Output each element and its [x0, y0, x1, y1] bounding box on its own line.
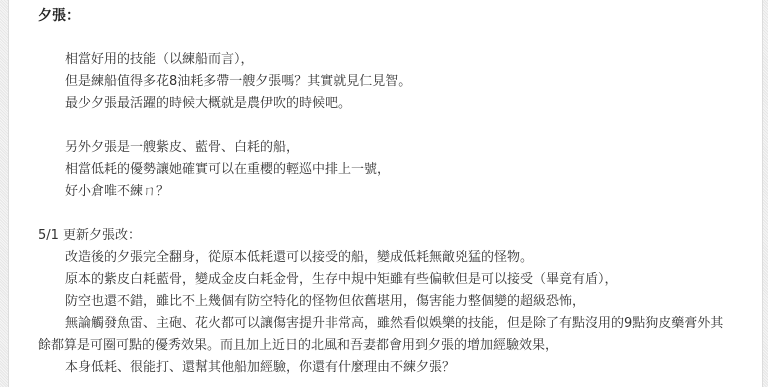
paragraph-line: 本身低耗、很能打、還幫其他船加經驗，你還有什麼理由不練夕張？	[38, 357, 756, 379]
paragraph-line: 好小倉唯不練ㄇ？	[38, 181, 756, 203]
paragraph-line: 相當低耗的優勢讓她確實可以在重櫻的輕巡中排上一號，	[38, 159, 756, 181]
paragraph-line: 但是練船值得多花8油耗多帶一艘夕張嗎？其實就見仁見智。	[38, 71, 756, 93]
left-border	[0, 0, 9, 387]
paragraph-line: 最少夕張最活躍的時候大概就是農伊吹的時候吧。	[38, 93, 756, 115]
paragraph-line: 防空也還不錯，雖比不上幾個有防空特化的怪物但依舊堪用，傷害能力整個變的超級恐怖，	[38, 291, 756, 313]
paragraph-line: 原本的紫皮白耗藍骨，變成金皮白耗金骨，生存中規中矩雖有些偏軟但是可以接受（畢竟有…	[38, 269, 756, 291]
post-content: 夕張： 相當好用的技能（以練船而言）， 但是練船值得多花8油耗多帶一艘夕張嗎？其…	[38, 4, 756, 379]
paragraph-line: 相當好用的技能（以練船而言），	[38, 49, 756, 71]
paragraph-line: 另外夕張是一艘紫皮、藍骨、白耗的船，	[38, 137, 756, 159]
paragraph-line-wrapped: 餘都算是可圈可點的優秀效果。而且加上近日的北風和吾妻都會用到夕張的增加經驗效果，	[38, 335, 756, 357]
right-border	[762, 0, 768, 387]
post-heading: 夕張：	[38, 5, 756, 27]
paragraph-line: 無論觸發魚雷、主砲、花火都可以讓傷害提升非常高，雖然看似娛樂的技能，但是除了有點…	[38, 313, 756, 335]
paragraph-line: 改造後的夕張完全翻身，從原本低耗還可以接受的船，變成低耗無敵兇猛的怪物。	[38, 247, 756, 269]
update-heading: 5/1 更新夕張改：	[38, 225, 756, 247]
